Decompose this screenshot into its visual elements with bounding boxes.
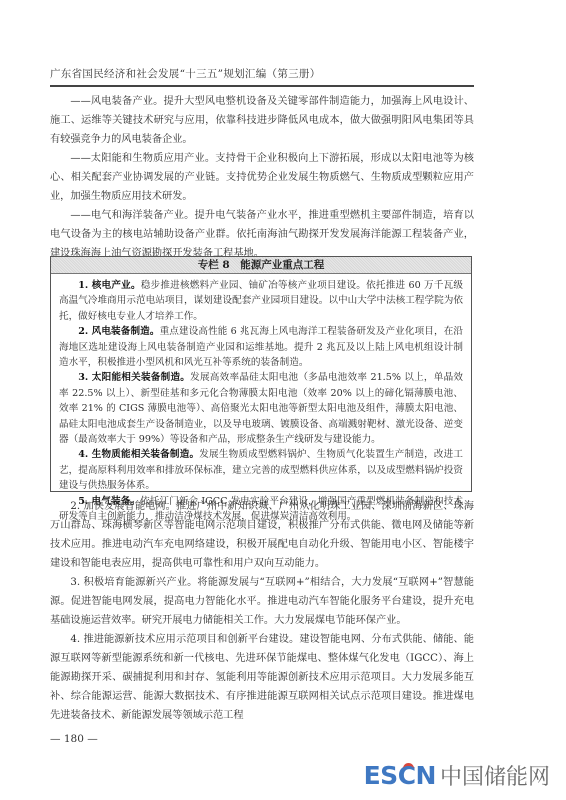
watermark-chinese: 中国储能网 xyxy=(440,760,550,791)
document-page: 广东省国民经济和社会发展“十三五”规划汇编（第三册） ——风电装备产业。提升大型… xyxy=(0,0,566,800)
paragraph-smart-grid: 2. 加快发展智能电网。推进广州中新知识城、广州从化明珠工业园、深圳前海新区、珠… xyxy=(50,497,474,573)
box-item-heading: 1. 核电产业。 xyxy=(78,280,141,291)
header-rule xyxy=(50,85,474,87)
box-item-wind: 2. 风电装备制造。重点建设高性能 6 兆瓦海上风电海洋工程装备研发及产业化项目… xyxy=(59,324,463,370)
box-body: 1. 核电产业。稳步推进核燃料产业园、铀矿冶等核产业项目建设。依托推进 60 万… xyxy=(51,274,471,525)
box-item-nuclear: 1. 核电产业。稳步推进核燃料产业园、铀矿冶等核产业项目建设。依托推进 60 万… xyxy=(59,278,463,324)
watermark-latin: ESCN xyxy=(364,761,436,790)
paragraph-emerging-industries: 3. 积极培育能源新兴产业。将能源发展与“互联网+”相结合，大力发展“互联网+”… xyxy=(50,573,474,630)
box-item-heading: 4. 生物质能相关装备制造。 xyxy=(78,449,199,460)
box-title: 专栏 8 能源产业重点工程 xyxy=(51,257,471,274)
box-item-solar: 3. 太阳能相关装备制造。发展高效率晶硅太阳电池（多晶电池效率 21.5% 以上… xyxy=(59,370,463,447)
page-number: — 180 — xyxy=(50,733,98,745)
body-text-bottom: 2. 加快发展智能电网。推进广州中新知识城、广州从化明珠工业园、深圳前海新区、珠… xyxy=(50,497,474,725)
running-header: 广东省国民经济和社会发展“十三五”规划汇编（第三册） xyxy=(50,66,474,81)
red-arc-icon xyxy=(403,763,414,770)
paragraph-solar-biomass: ——太阳能和生物质应用产业。支持骨干企业积极向上下游拓展，形成以太阳电池等为核心… xyxy=(50,149,474,206)
watermark-c-with-accent: C xyxy=(398,761,416,790)
escn-watermark-logo: ESCN 中国储能网 xyxy=(364,760,550,790)
sidebar-box-energy-projects: 专栏 8 能源产业重点工程 1. 核电产业。稳步推进核燃料产业园、铀矿冶等核产业… xyxy=(50,256,472,492)
box-item-biomass: 4. 生物质能相关装备制造。发展生物质成型燃料锅炉、生物质气化装置生产制造，改进… xyxy=(59,447,463,493)
box-item-heading: 2. 风电装备制造。 xyxy=(78,326,159,337)
paragraph-wind-power-equipment: ——风电装备产业。提升大型风电整机设备及关键零部件制造能力，加强海上风电设计、施… xyxy=(50,92,474,149)
paragraph-electrical-marine: ——电气和海洋装备产业。提升电气装备产业水平，推进重型燃机主要部件制造，培育以电… xyxy=(50,206,474,263)
paragraph-new-tech-demo: 4. 推进能源新技术应用示范项目和创新平台建设。建设智能电网、分布式供能、储能、… xyxy=(50,630,474,725)
box-item-heading: 3. 太阳能相关装备制造。 xyxy=(78,372,190,383)
body-text-top: ——风电装备产业。提升大型风电整机设备及关键零部件制造能力，加强海上风电设计、施… xyxy=(50,92,474,263)
